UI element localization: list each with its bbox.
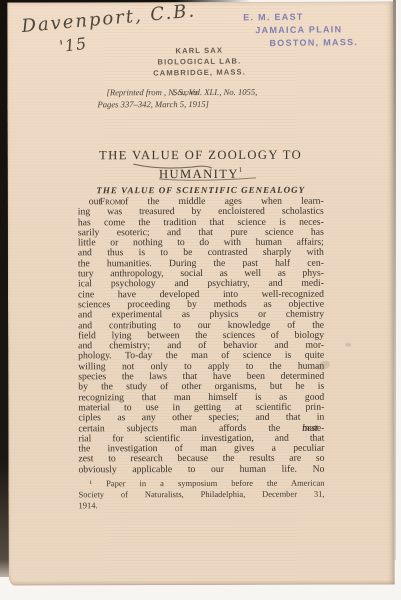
reprint-citation: [Reprinted from Science, N. S., Vol. XLI… [97,87,311,111]
handwritten-author-note: Davenport, C.B. [21,0,197,37]
article-title-line1: THE VALUE OF ZOOLOGY TO [99,148,302,163]
reprint-paper: Davenport, C.B. '15 E. M. EASTJAMAICA PL… [7,1,395,585]
owner-address-stamp: E. M. EASTJAMAICA PLAINBOSTON, MASS. [243,10,358,50]
text-line: [Reprinted from Science, N. S., Vol. XLI… [97,87,311,99]
handwritten-year-note: '15 [58,34,88,56]
text-line: obviously applicable to our human life. … [78,464,324,475]
text-line: JAMAICA PLAIN [255,23,358,37]
text-line: E. M. EAST [243,10,358,24]
text-line: CAMBRIDGE, MASS. [139,66,259,79]
laboratory-stamp: KARL SAXBIOLOGICAL LAB.CAMBRIDGE, MASS. [139,44,259,79]
article-title: THE VALUE OF ZOOLOGY TOHUMANITY1 [8,147,394,181]
text-line: Pages 337–342, March 5, 1915] [97,98,311,110]
text-line: ¹ Paper in a symposium before the Americ… [78,478,324,489]
text-line: 1914. [79,499,325,510]
title-footnote-marker: 1 [239,165,243,173]
article-title-line2: HUMANITY [159,166,239,180]
section-heading: THE VALUE OF SCIENTIFIC GENEALOGY [8,184,394,195]
text-line: Society of Naturalists, Philadelphia, De… [79,488,325,499]
body-text: From out of the middle ages when learn-i… [78,197,325,476]
scanned-document-page: Davenport, C.B. '15 E. M. EASTJAMAICA PL… [0,0,401,600]
footnote-text: ¹ Paper in a symposium before the Americ… [78,478,324,511]
text-line: BOSTON, MASS. [269,36,358,50]
ink-speck [345,343,351,347]
